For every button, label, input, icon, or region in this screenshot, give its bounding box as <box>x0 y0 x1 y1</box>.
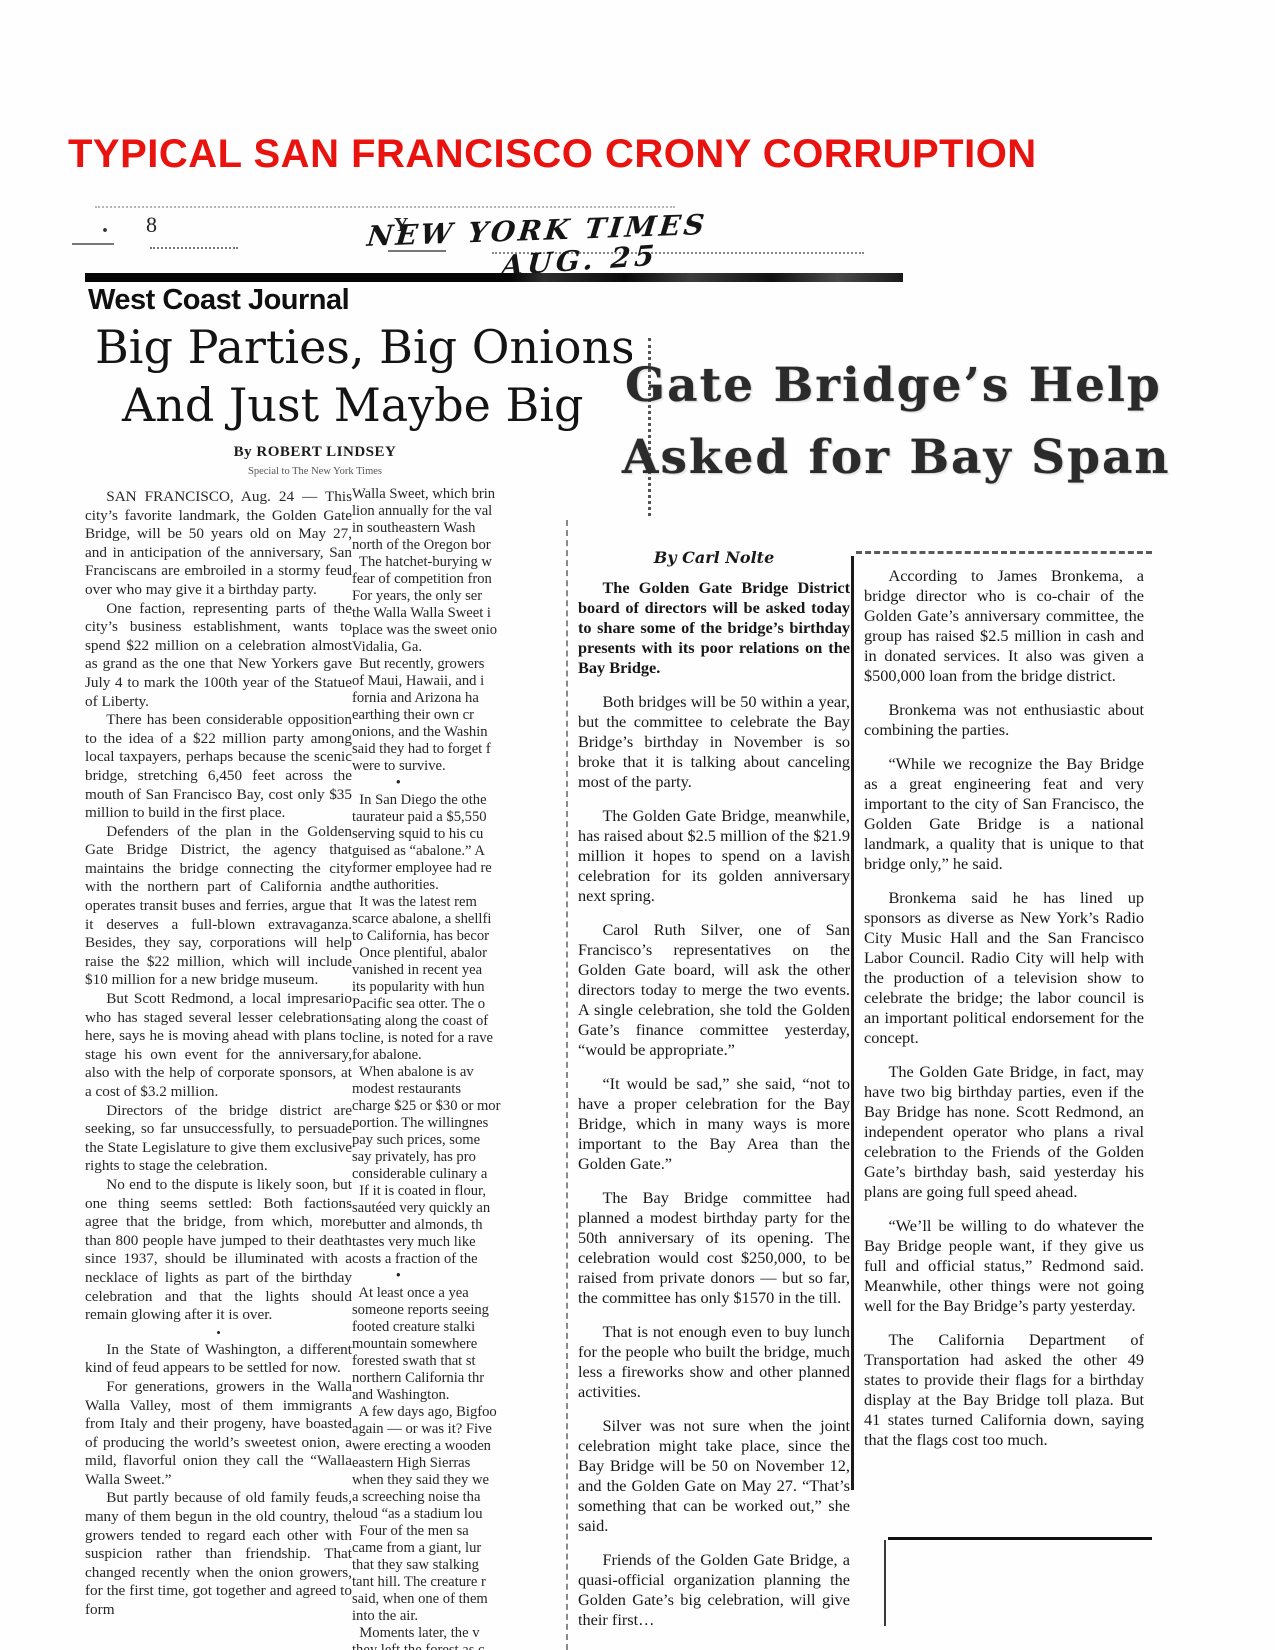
page-number: 8 <box>146 212 157 238</box>
article-paragraph: Bronkema said he has lined up sponsors a… <box>864 888 1144 1048</box>
article-paragraph: Carol Ruth Silver, one of San Francisco’… <box>578 920 850 1060</box>
article-paragraph: The California Department of Transportat… <box>864 1330 1144 1450</box>
article-paragraph: There has been considerable opposition t… <box>85 711 352 823</box>
left-article-kicker: West Coast Journal <box>88 284 349 317</box>
right-article-column-2: According to James Bronkema, a bridge di… <box>864 566 1144 1526</box>
article-paragraph: Defenders of the plan in the Golden Gate… <box>85 823 352 990</box>
article-paragraph: For generations, growers in the Walla Wa… <box>85 1378 352 1490</box>
left-article-column-2-truncated: Walla Sweet, which brin lion annually fo… <box>352 486 566 1650</box>
column-rule-dashed <box>566 520 568 1650</box>
article-paragraph: “We’ll be willing to do whatever the Bay… <box>864 1216 1144 1316</box>
article-paragraph: Bronkema was not enthusiastic about comb… <box>864 700 1144 740</box>
left-article-headline-line1: Big Parties, Big Onions <box>95 322 635 373</box>
right-article-headline-line2: Asked for Bay Span <box>622 434 1171 481</box>
left-article-column-1: SAN FRANCISCO, Aug. 24 — This city’s fav… <box>85 488 352 1650</box>
right-article-column-1: The Golden Gate Bridge District board of… <box>578 578 850 1650</box>
article-end-rule-vertical <box>884 1540 886 1626</box>
article-end-rule <box>888 1537 1152 1540</box>
scan-artifact-line <box>72 243 114 245</box>
article-paragraph: In the State of Washington, a different … <box>85 1341 352 1378</box>
article-paragraph: The Golden Gate Bridge District board of… <box>578 578 850 678</box>
left-article-headline-line2: And Just Maybe Big <box>122 380 583 431</box>
article-paragraph: “While we recognize the Bay Bridge as a … <box>864 754 1144 874</box>
article-paragraph: “It would be sad,” she said, “not to hav… <box>578 1074 850 1174</box>
article-paragraph: The Golden Gate Bridge, meanwhile, has r… <box>578 806 850 906</box>
article-paragraph: One faction, representing parts of the c… <box>85 600 352 712</box>
scan-artifact-line <box>150 247 238 249</box>
column-top-rule-dashed <box>856 551 1152 554</box>
column-rule-solid <box>851 556 854 1490</box>
article-paragraph: Silver was not sure when the joint celeb… <box>578 1416 850 1536</box>
article-paragraph: SAN FRANCISCO, Aug. 24 — This city’s fav… <box>85 488 352 600</box>
right-article-byline: By Carl Nolte <box>578 548 850 567</box>
page-margin-dot: · <box>101 218 109 245</box>
article-paragraph: Directors of the bridge district are see… <box>85 1102 352 1176</box>
article-paragraph: • <box>85 1325 352 1341</box>
annotation-red-title: TYPICAL SAN FRANCISCO CRONY CORRUPTION <box>68 134 1028 174</box>
clipping-top-rule <box>85 273 903 282</box>
article-paragraph: Friends of the Golden Gate Bridge, a qua… <box>578 1550 850 1630</box>
left-article-byline-credit: Special to The New York Times <box>160 466 470 477</box>
article-paragraph: The Golden Gate Bridge, in fact, may hav… <box>864 1062 1144 1202</box>
article-paragraph: Both bridges will be 50 within a year, b… <box>578 692 850 792</box>
article-paragraph: But Scott Redmond, a local impresario wh… <box>85 990 352 1102</box>
left-article-byline: By ROBERT LINDSEY <box>160 444 470 461</box>
newspaper-scan-page: TYPICAL SAN FRANCISCO CRONY CORRUPTION ·… <box>0 0 1275 1650</box>
right-article-headline-line1: Gate Bridge’s Help <box>625 362 1162 409</box>
article-paragraph: According to James Bronkema, a bridge di… <box>864 566 1144 686</box>
scan-artifact-line <box>95 206 675 208</box>
article-paragraph: No end to the dispute is likely soon, bu… <box>85 1176 352 1325</box>
article-paragraph: That is not enough even to buy lunch for… <box>578 1322 850 1402</box>
article-paragraph: But partly because of old family feuds, … <box>85 1489 352 1619</box>
article-paragraph: The Bay Bridge committee had planned a m… <box>578 1188 850 1308</box>
